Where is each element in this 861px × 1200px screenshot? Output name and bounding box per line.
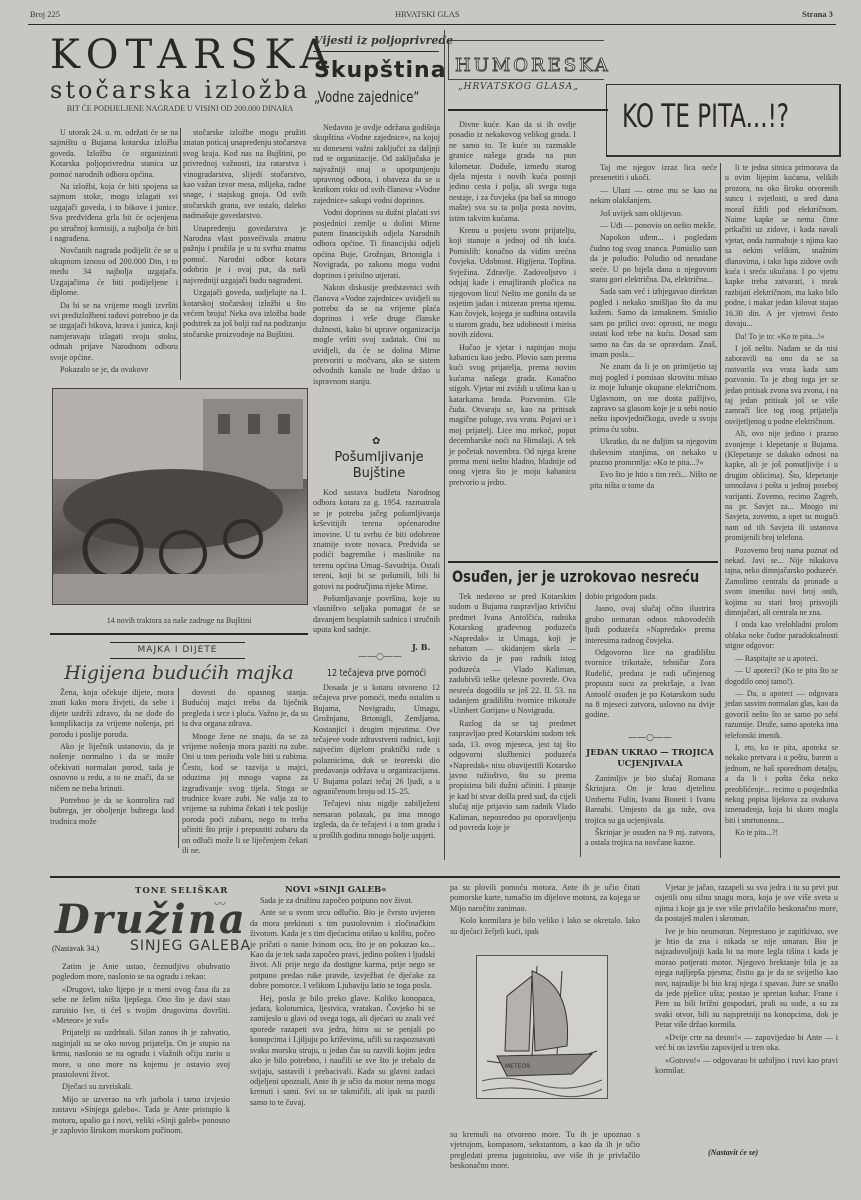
majka-title: Higijena budućih majka xyxy=(50,662,308,684)
column-divider xyxy=(180,128,181,380)
serial-col1: Zatim je Ante ustao, čeznutljivo obuhvat… xyxy=(52,962,230,1139)
posumljivanje-signature: J. B. xyxy=(412,642,430,652)
serial-col3-after: su kremuli na otvoreno more. Tu ih je up… xyxy=(450,1130,640,1172)
ko-te-pita-headline: KO TE PITA...!? xyxy=(622,97,789,135)
kotarska-subtitle-large: stočarska izložba xyxy=(50,76,310,104)
tecajevi-title: 12 tečajeva prve pomoći xyxy=(326,668,428,679)
column-divider xyxy=(720,163,721,858)
tractors-photo xyxy=(52,388,308,605)
ornament-icon: ✿ xyxy=(372,436,380,447)
osuden-title: Osuđen, jer je uzrokovao nesreću xyxy=(452,567,699,586)
page-number: Strana 3 xyxy=(802,9,833,19)
seagull-icon: 〰 xyxy=(214,895,226,912)
osuden-sub-body: Zanimljiv je bio slučaj Romana Škrinjara… xyxy=(585,774,715,851)
humoreska-subtitle: „HRVATSKOG GLASA„ xyxy=(458,82,579,92)
sailing-ship-illustration: METEOR xyxy=(476,955,608,1099)
column-divider xyxy=(178,688,179,848)
serial-installment: (Nastavak 34.) xyxy=(52,944,99,953)
ornament-divider: ——○—— xyxy=(345,652,415,662)
vodne-subtitle: „Vodne zajednice“ xyxy=(314,88,412,106)
humoreska-rule xyxy=(448,109,608,111)
vodne-title: Skupština xyxy=(314,58,447,83)
osuden-col2: dobio prigodom pada. Jasno, ovaj slučaj … xyxy=(585,592,715,723)
section-rule xyxy=(50,633,308,635)
paper-name: HRVATSKI GLAS xyxy=(395,9,460,19)
majka-col1: Žena, koja očekuje dijete, mora znati ka… xyxy=(50,688,174,829)
section-rule xyxy=(110,642,245,643)
kotarska-col2: stočarske izložbe mogu pružiti znatan po… xyxy=(183,128,306,342)
serial-col2-heading: NOVI »SINJI GALEB« xyxy=(285,885,387,895)
section-rule xyxy=(110,658,245,659)
serial-col2: Sada je za družinu započeo potpuno nov ž… xyxy=(250,896,435,1110)
serial-subtitle: SINJEG GALEBA xyxy=(130,938,251,954)
posumljivanje-title: Pošumljivanje Bujštine xyxy=(318,450,440,482)
majka-col2: dovesti do opasnog stanja. Budućoj majci… xyxy=(182,688,308,859)
kotarska-deck: BIT ĆE PODIJELJENE NAGRADE U VISINI OD 2… xyxy=(55,104,305,114)
osuden-subhead: JEDAN UKRAO — TROJICA UCJENJIVALA xyxy=(585,748,715,770)
column-divider xyxy=(580,592,581,857)
humoreska-col3: li te jedna sitnica primorava da u ovim … xyxy=(725,163,838,841)
ornament-divider: ——○—— xyxy=(610,733,690,743)
tecajevi-body: Dosada je u kotaru otvoreno 12 tečajeva … xyxy=(313,683,440,843)
vodne-kicker: Vijesti iz poljoprivrede xyxy=(314,34,453,47)
kotarska-title: KOTARSKA xyxy=(50,34,336,76)
humoreska-title: HUMORESKA xyxy=(455,55,611,76)
issue-number: Broj 225 xyxy=(30,9,60,19)
vodne-body: Nedavno je ovdje održana godišnja skupšt… xyxy=(313,123,440,389)
humoreska-col2: Taj me njegov izraz lica neće presenetit… xyxy=(590,163,717,493)
masthead-rule xyxy=(28,24,836,25)
serial-rule xyxy=(50,876,840,878)
posumljivanje-body: Kod sastava budžeta Narodnog odbora kota… xyxy=(313,488,440,638)
section-label-majka: MAJKA I DIJETE xyxy=(110,645,245,655)
humoreska-col1: Divne kuće. Kao da si ih ovdje posadio i… xyxy=(449,120,576,490)
osuden-col1: Tek nedavno se pred Kotarskim sudom u Bu… xyxy=(449,592,576,835)
ship-icon: METEOR xyxy=(477,956,607,1098)
photo-caption: 14 novih traktora za naše zadruge na Buj… xyxy=(52,616,306,625)
serial-col4: Vjetar je jačao, razapeli su sva jedra i… xyxy=(655,883,838,1078)
svg-text:METEOR: METEOR xyxy=(505,1063,530,1070)
kotarska-col1: U utorak 24. o. m. održati će se na sajm… xyxy=(50,128,178,377)
section-rule xyxy=(448,561,718,563)
column-divider xyxy=(444,30,445,860)
kicker-rule xyxy=(313,51,439,52)
tractor-scene-illustration xyxy=(53,389,307,604)
serial-continuation: (Nastavit će se) xyxy=(708,1148,758,1157)
serial-col3: pa su plovili pomoću motora. Ante ih je … xyxy=(450,883,640,939)
